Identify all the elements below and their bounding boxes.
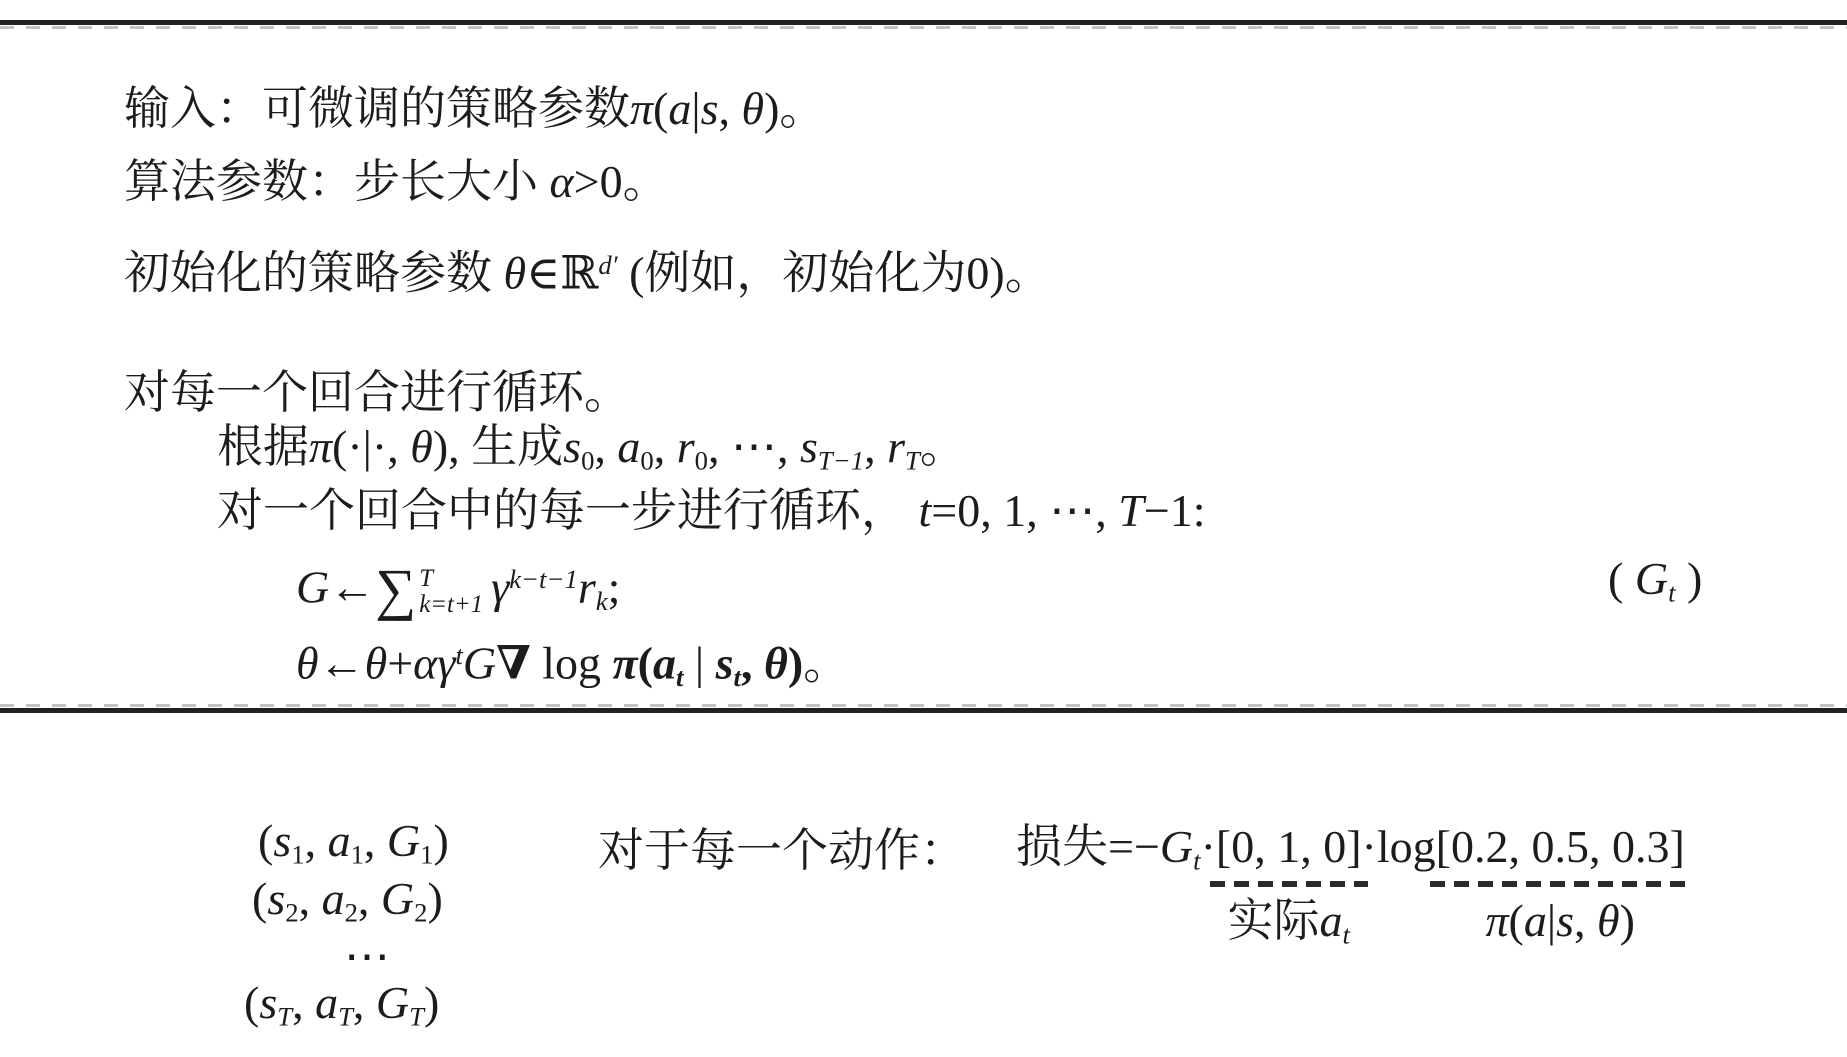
onehot-vector: [0, 1, 0] [1216,818,1362,876]
algo-params-line: 算法参数：步长大小 α>0。 [124,153,669,211]
algo-update-formula: θ←θ+αγtG∇ log π(at | st, θ)。 [296,626,849,706]
return-tag-gt: ( Gt ) [1608,550,1702,621]
loss-formula: 损失=−Gt· [0, 1, 0] 实际at ·log [0.2, 0.5, 0… [1016,818,1685,960]
algo-episode-loop-line: 对每一个回合进行循环。 [124,364,630,422]
onehot-action-group: [0, 1, 0] 实际at [1216,818,1362,960]
policy-prob-group: [0.2, 0.5, 0.3] π(a|s, θ) [1436,818,1685,947]
top-rule-scan-noise [0,26,1847,29]
divider-scan-noise [0,704,1847,707]
policy-prob-vector: [0.2, 0.5, 0.3] [1436,818,1685,876]
top-rule [0,20,1847,25]
algo-init-line: 初始化的策略参数 θ∈ℝd′ (例如，初始化为0)。 [124,236,1051,303]
onehot-dashed-underline [1210,881,1368,887]
loss-log-operator: ·log [1362,818,1436,876]
tuple-row-T: (sT, aT, GT) [244,974,439,1045]
policy-dashed-underline [1430,881,1691,887]
algo-input-line: 输入：可微调的策略参数π(a|s, θ)。 [124,80,825,138]
policy-label: π(a|s, θ) [1485,895,1634,947]
per-action-label: 对于每一个动作： [598,822,966,880]
onehot-label: 实际at [1228,895,1350,960]
section-divider [0,708,1847,713]
document-page: 输入：可微调的策略参数π(a|s, θ)。 算法参数：步长大小 α>0。 初始化… [0,0,1847,1057]
algo-generate-line: 根据π(·|·, θ), 生成s0, a0, r0, ⋯, sT−1, rT。 [217,418,966,489]
algo-return-formula: G←∑Tk=t+1γk−t−1rk; [296,550,620,630]
loss-prefix: 损失=−Gt· [1016,818,1216,889]
algo-step-loop-line: 对一个回合中的每一步进行循环， t=0, 1, ⋯, T−1: [217,482,1206,540]
